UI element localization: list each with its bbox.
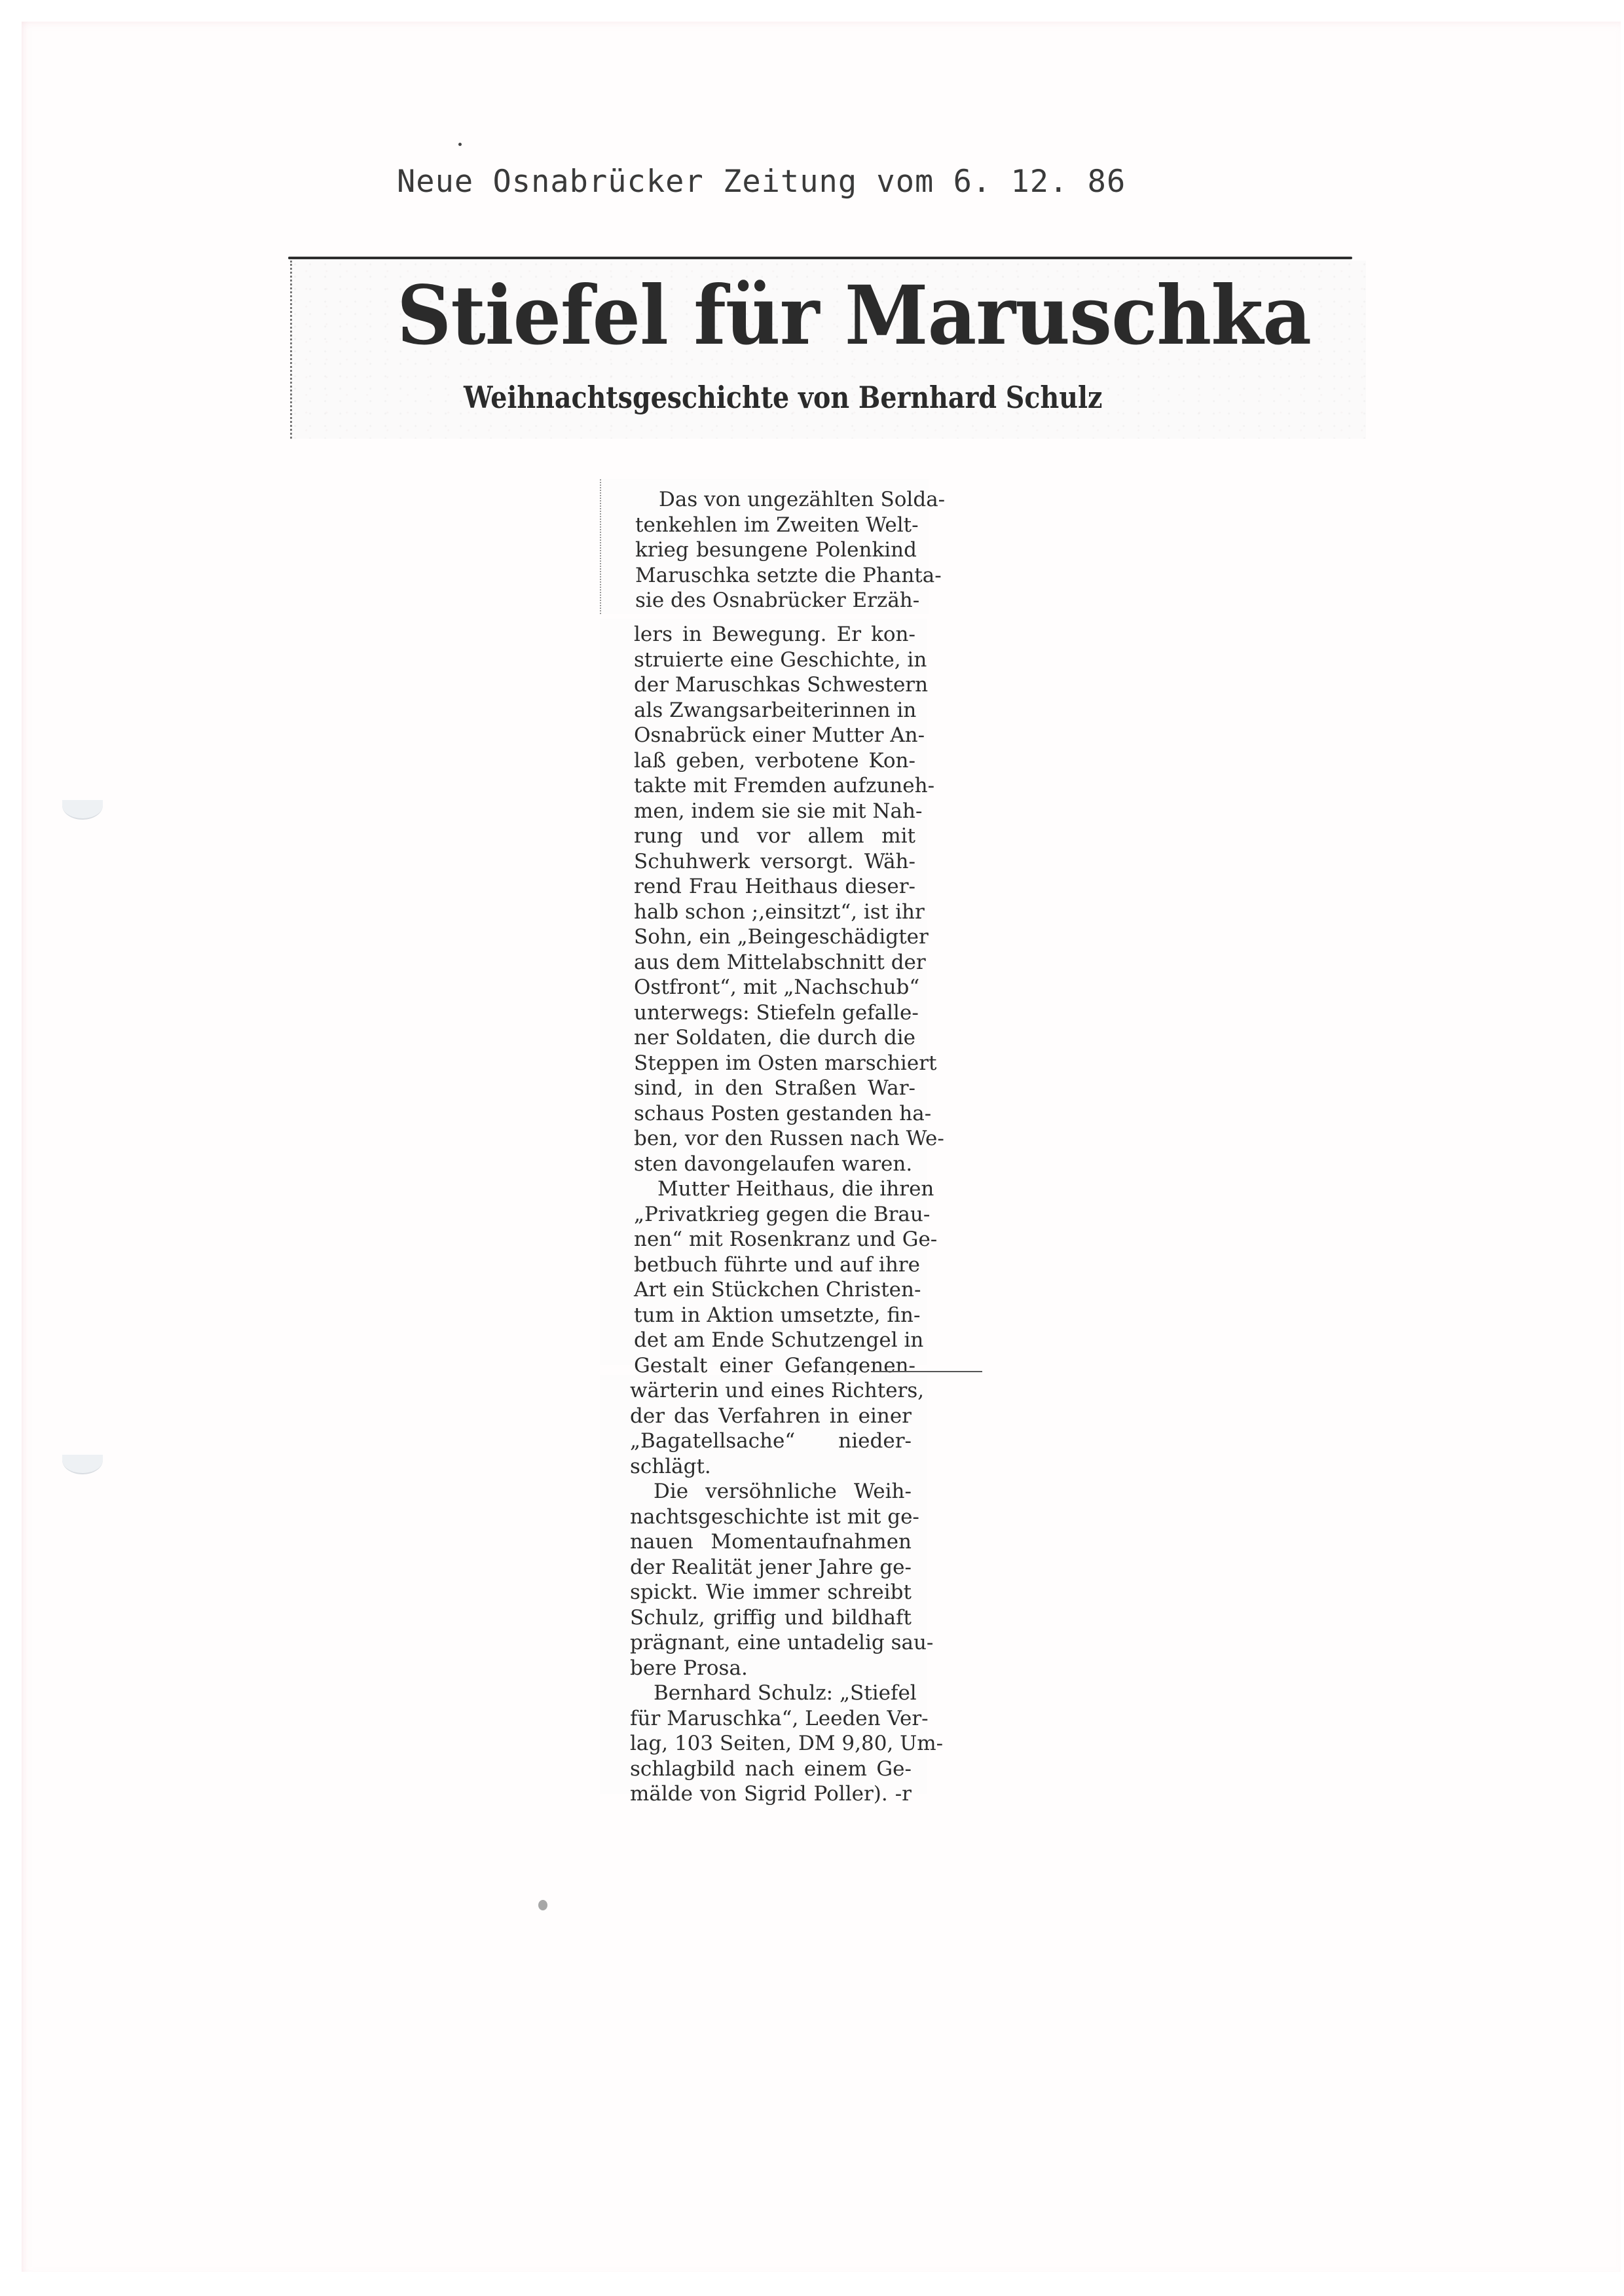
- article-line: Mutter Heithaus, die ihren: [634, 1176, 915, 1202]
- article-line: takte mit Fremden aufzuneh-: [634, 773, 915, 799]
- ink-smudge: [538, 1900, 547, 1910]
- article-line: Schulz, griffig und bildhaft: [630, 1605, 912, 1631]
- article-line: det am Ende Schutzengel in: [634, 1328, 915, 1353]
- article-segment-1: Das von ungezählten Solda- tenkehlen im …: [600, 479, 929, 614]
- article-line: Steppen im Osten marschiert: [634, 1051, 915, 1076]
- article-line: Bernhard Schulz: „Stiefel: [630, 1681, 912, 1706]
- article-line: schlägt.: [630, 1454, 912, 1480]
- article-line: tenkehlen im Zweiten Welt-: [635, 513, 917, 538]
- article-line: mälde von Sigrid Poller). -r: [630, 1781, 912, 1807]
- article-line: schaus Posten gestanden ha-: [634, 1101, 915, 1127]
- speck: [458, 143, 462, 146]
- article-line: sie des Osnabrücker Erzäh-: [635, 588, 917, 613]
- article-line: nachtsgeschichte ist mit ge-: [630, 1504, 912, 1530]
- article-line: Sohn, ein „Beingeschädigter: [634, 924, 915, 950]
- article-line: schlagbild nach einem Ge-: [630, 1757, 912, 1782]
- article-line: Das von ungezählten Solda-: [635, 487, 917, 513]
- article-line: „Privatkrieg gegen die Brau-: [634, 1202, 915, 1228]
- article-line: unterwegs: Stiefeln gefalle-: [634, 1000, 915, 1026]
- article-line: als Zwangsarbeiterinnen in: [634, 698, 915, 723]
- article-line: wärterin und eines Richters,: [630, 1378, 912, 1404]
- article-line: struierte eine Geschichte, in: [634, 647, 915, 673]
- article-text-2: lers in Bewegung. Er kon- struierte eine…: [634, 622, 915, 1378]
- article-line: aus dem Mittelabschnitt der: [634, 950, 915, 975]
- article-line: nen“ mit Rosenkranz und Ge-: [634, 1227, 915, 1252]
- article-line: lag, 103 Seiten, DM 9,80, Um-: [630, 1731, 912, 1757]
- article-line: der Maruschkas Schwestern: [634, 672, 915, 698]
- article-headline: Stiefel für Maruschka: [397, 268, 1311, 363]
- article-line: sten davongelaufen waren.: [634, 1152, 915, 1177]
- article-line: Ostfront“, mit „Nachschub“: [634, 975, 915, 1000]
- article-segment-2: lers in Bewegung. Er kon- struierte eine…: [600, 619, 927, 1365]
- article-line: laß geben, verbotene Kon-: [634, 748, 915, 774]
- article-text-1: Das von ungezählten Solda- tenkehlen im …: [635, 487, 917, 613]
- article-line: Osnabrück einer Mutter An-: [634, 723, 915, 748]
- article-line: betbuch führte und auf ihre: [634, 1252, 915, 1278]
- article-line: Schuhwerk versorgt. Wäh-: [634, 849, 915, 875]
- article-line: der das Verfahren in einer: [630, 1404, 912, 1429]
- headline-rule: [288, 257, 1352, 259]
- article-subheadline: Weihnachtsgeschichte von Bernhard Schulz: [464, 380, 1102, 415]
- clipping-rule: [871, 1371, 982, 1372]
- source-citation: Neue Osnabrücker Zeitung vom 6. 12. 86: [397, 164, 1126, 200]
- article-line: nauen Momentaufnahmen: [630, 1529, 912, 1555]
- article-line: tum in Aktion umsetzte, fin-: [634, 1303, 915, 1328]
- article-line: ben, vor den Russen nach We-: [634, 1126, 915, 1152]
- article-line: der Realität jener Jahre ge-: [630, 1555, 912, 1580]
- article-line: spickt. Wie immer schreibt: [630, 1580, 912, 1605]
- article-line: lers in Bewegung. Er kon-: [634, 622, 915, 647]
- article-line: prägnant, eine untadelig sau-: [630, 1630, 912, 1656]
- headline-clipping: Stiefel für Maruschka Weihnachtsgeschich…: [290, 261, 1366, 439]
- article-line: Maruschka setzte die Phanta-: [635, 563, 917, 589]
- article-line: krieg besungene Polenkind: [635, 538, 917, 563]
- article-line: ner Soldaten, die durch die: [634, 1025, 915, 1051]
- article-line: men, indem sie sie mit Nah-: [634, 799, 915, 824]
- article-line: Die versöhnliche Weih-: [630, 1479, 912, 1504]
- article-line: bere Prosa.: [630, 1656, 912, 1681]
- article-segment-3: wärterin und eines Richters, der das Ver…: [600, 1375, 927, 1794]
- article-line: sind, in den Straßen War-: [634, 1076, 915, 1101]
- article-line: für Maruschka“, Leeden Ver-: [630, 1706, 912, 1732]
- article-text-3: wärterin und eines Richters, der das Ver…: [630, 1378, 912, 1807]
- article-line: Art ein Stückchen Christen-: [634, 1277, 915, 1303]
- article-line: rung und vor allem mit: [634, 824, 915, 849]
- article-line: rend Frau Heithaus dieser-: [634, 874, 915, 900]
- article-line: halb schon ;,einsitzt“, ist ihr: [634, 900, 915, 925]
- article-line: „Bagatellsache“ nieder-: [630, 1429, 912, 1454]
